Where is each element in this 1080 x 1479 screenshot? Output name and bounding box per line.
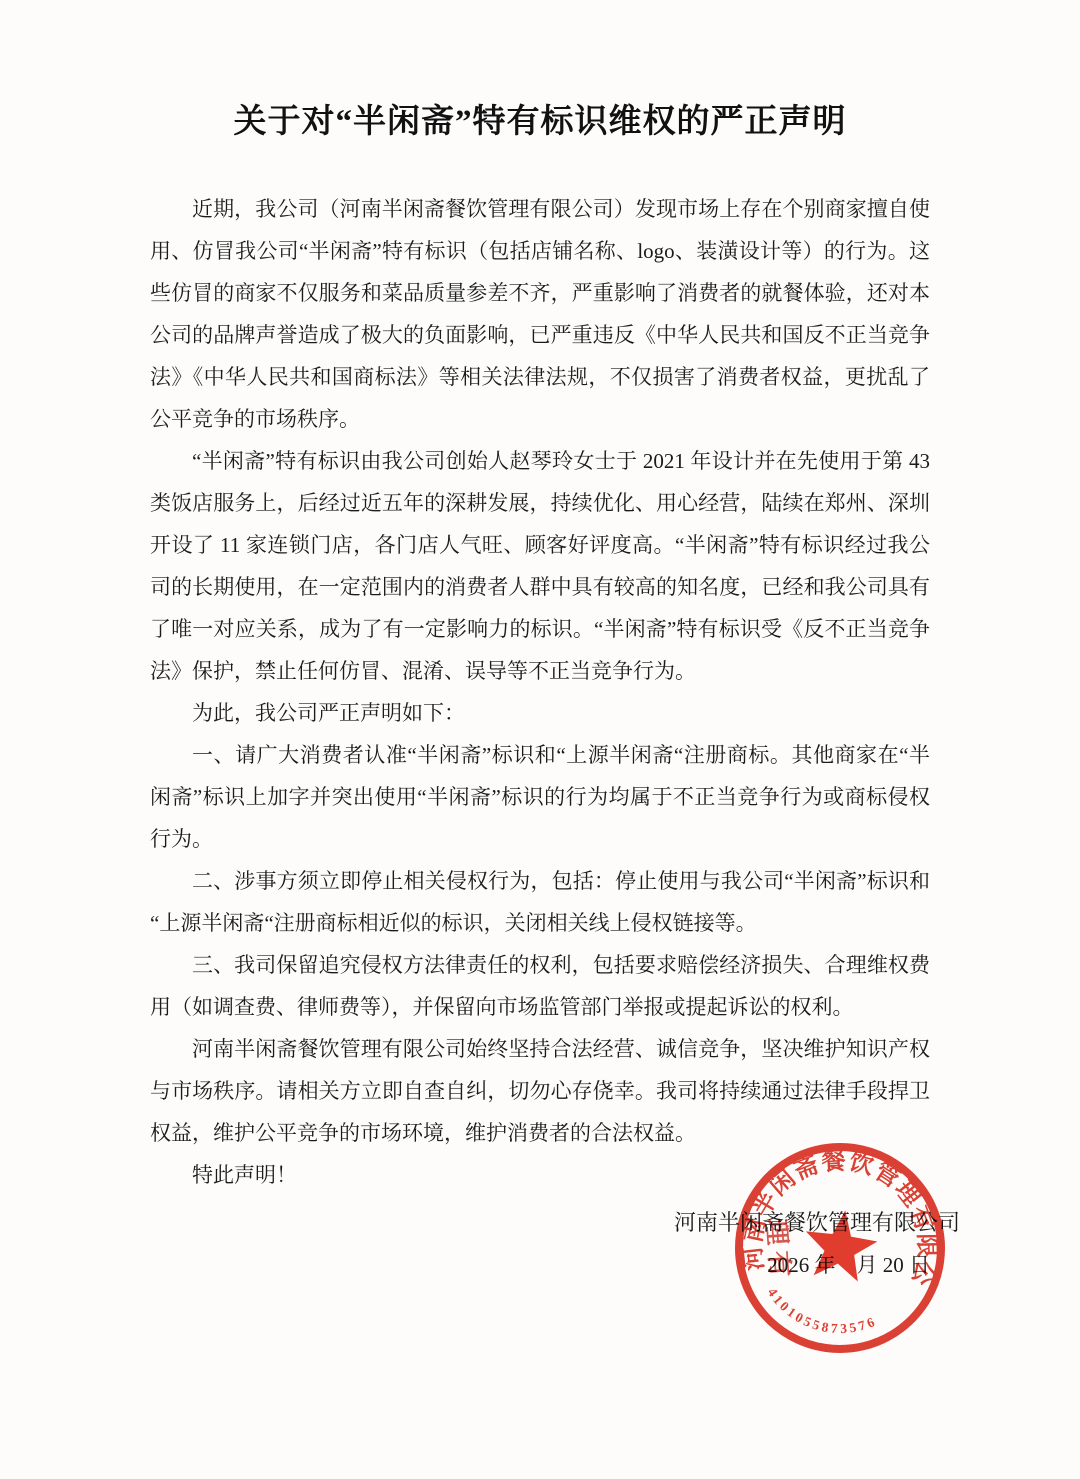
paragraph-declaration: 为此，我公司严正声明如下： [150,692,930,734]
signature-company-name: 河南半闲斋餐饮管理有限公司 [0,1202,1080,1244]
paragraph-closing: 河南半闲斋餐饮管理有限公司始终坚持合法经营、诚信竞争，坚决维护知识产权与市场秩序… [150,1028,930,1154]
signature-block: 河南半闲斋餐饮管理有限公司 2026 年 月 20 日 [0,1202,1080,1286]
paragraph-item-1: 一、请广大消费者认准“半闲斋”标识和“上源半闲斋“注册商标。其他商家在“半闲斋”… [150,734,930,860]
statement-document: 关于对“半闲斋”特有标识维权的严正声明 近期，我公司（河南半闲斋餐饮管理有限公司… [0,0,1080,1479]
seal-number-text: 4101055873576 [760,1284,883,1343]
paragraph-item-2: 二、涉事方须立即停止相关侵权行为，包括：停止使用与我公司“半闲斋”标识和“上源半… [150,860,930,944]
paragraph-item-3: 三、我司保留追究侵权方法律责任的权利，包括要求赔偿经济损失、合理维权费用（如调查… [150,944,930,1028]
signature-date: 2026 年 月 20 日 [0,1244,1080,1286]
document-title: 关于对“半闲斋”特有标识维权的严正声明 [0,0,1080,142]
paragraph-intro: 近期，我公司（河南半闲斋餐饮管理有限公司）发现市场上存在个别商家擅自使用、仿冒我… [150,188,930,440]
paragraph-hereby: 特此声明！ [150,1154,930,1196]
document-body: 近期，我公司（河南半闲斋餐饮管理有限公司）发现市场上存在个别商家擅自使用、仿冒我… [150,188,930,1196]
paragraph-background: “半闲斋”特有标识由我公司创始人赵琴玲女士于 2021 年设计并在先使用于第 4… [150,440,930,692]
